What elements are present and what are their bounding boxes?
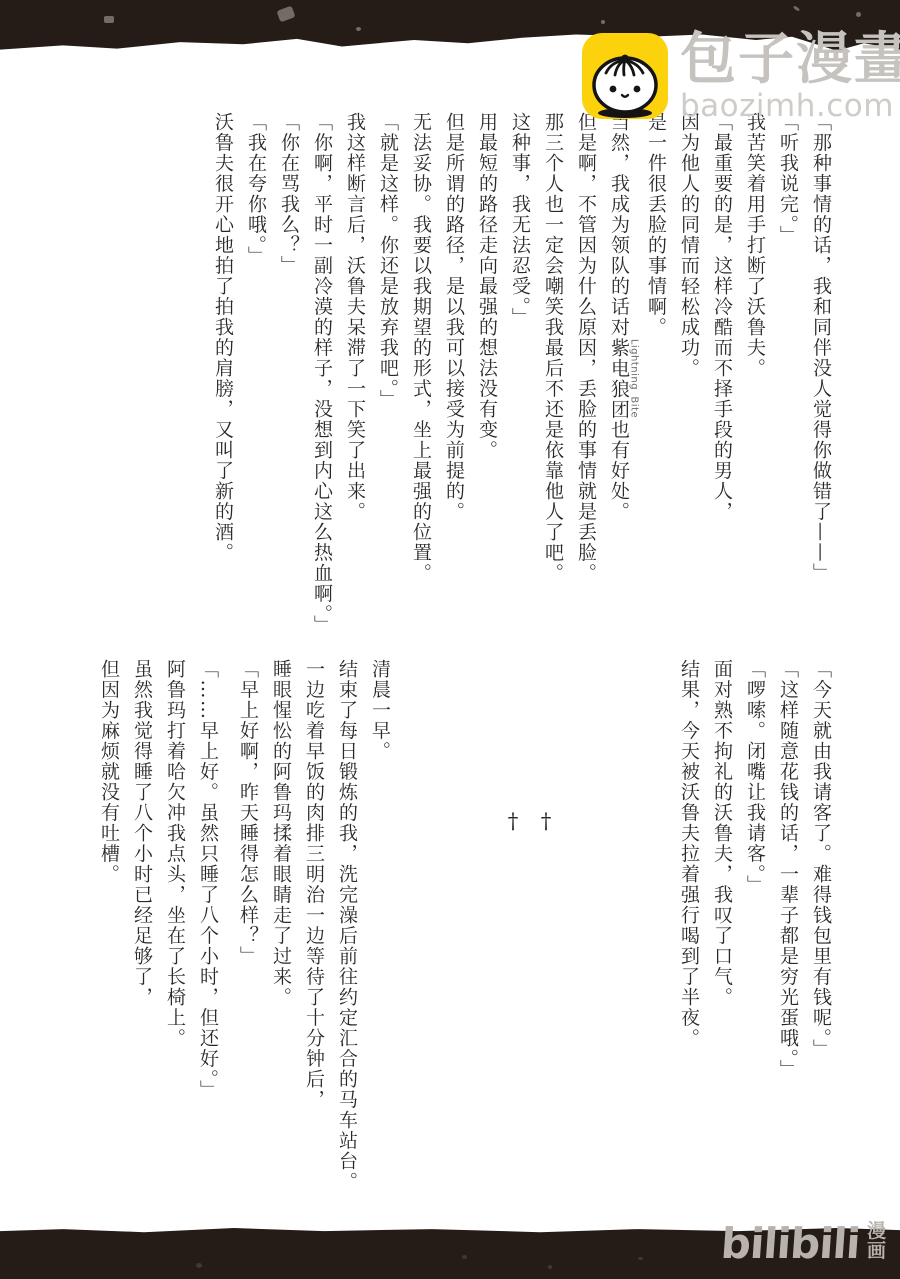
text-column: 当然，我成为领队的话对紫电狼团Lightning Bite也有好处。 <box>602 112 639 660</box>
manga-label: 漫 画 <box>867 1221 886 1261</box>
text-column: 但是所谓的路径，是以我可以接受为前提的。 <box>437 112 470 660</box>
text-column: 一边吃着早饭的肉排三明治一边等待了十分钟后， <box>297 659 330 1227</box>
lower-text-block: 「今天就由我请客了。难得钱包里有钱呢。」「这样随意花钱的话，一辈子都是穷光蛋哦。… <box>92 659 837 1227</box>
scene-break-dagger: † <box>496 659 529 1227</box>
paper-speck <box>104 16 114 23</box>
text-column: 「早上好啊，昨天睡得怎么样？」 <box>231 659 264 1227</box>
text-column: 用最短的路径走向最强的想法没有变。 <box>470 112 503 660</box>
text-column: 但因为麻烦就没有吐槽。 <box>92 659 125 1227</box>
text-column: 因为他人的同情而轻松成功。 <box>672 112 705 660</box>
paper-speck <box>276 6 295 23</box>
paper-speck <box>196 1263 202 1268</box>
text-column: 无法妥协。我要以我期望的形式，坐上最强的位置。 <box>404 112 437 660</box>
text-column: 虽然我觉得睡了八个小时已经足够了， <box>125 659 158 1227</box>
upper-text-block: 「那种事情的话，我和同伴没人觉得你做错了——」「听我说完。」我苦笑着用手打断了沃… <box>206 112 837 660</box>
scene-break-dagger: † <box>529 659 562 1227</box>
text-column: 「……早上好。虽然只睡了八个小时，但还好。」 <box>191 659 224 1227</box>
text-column: 「那种事情的话，我和同伴没人觉得你做错了——」 <box>804 112 837 660</box>
ruby-annotation: Lightning Bite <box>629 338 640 420</box>
text-column: 面对熟不拘礼的沃鲁夫，我叹了口气。 <box>705 659 738 1227</box>
text-column: 但是啊，不管因为什么原因，丢脸的事情就是丢脸。 <box>569 112 602 660</box>
text-column: 清晨一早。 <box>363 659 396 1227</box>
bilibili-manga-logo: bilibili 漫 画 <box>721 1221 886 1263</box>
baozi-bun-icon <box>582 33 668 119</box>
text-column: 是一件很丢脸的事情啊。 <box>639 112 672 660</box>
manga-label-top: 漫 <box>867 1221 886 1241</box>
text-column: 「我在夸你哦。」 <box>239 112 272 660</box>
text-column: 阿鲁玛打着哈欠冲我点头，坐在了长椅上。 <box>158 659 191 1227</box>
text-column: 「今天就由我请客了。难得钱包里有钱呢。」 <box>804 659 837 1227</box>
text-column: 沃鲁夫很开心地拍了拍我的肩膀，又叫了新的酒。 <box>206 112 239 660</box>
paper-speck <box>601 20 605 24</box>
paper-speck <box>462 1255 467 1259</box>
text-column: 「听我说完。」 <box>771 112 804 660</box>
watermark-text: 包子漫畫 baozimh.com <box>680 33 900 122</box>
bilibili-wordmark: bilibili <box>720 1225 861 1263</box>
text-column: 我苦笑着用手打断了沃鲁夫。 <box>738 112 771 660</box>
watermark-domain: baozimh.com <box>680 91 900 122</box>
paper-speck <box>793 5 800 11</box>
paper-speck <box>856 12 861 17</box>
text-column: 结果，今天被沃鲁夫拉着强行喝到了半夜。 <box>672 659 705 1227</box>
watermark-brand: 包子漫畫 <box>680 33 900 88</box>
text-column: 「你在骂我么？」 <box>272 112 305 660</box>
text-column: 「最重要的是，这样冷酷而不择手段的男人， <box>705 112 738 660</box>
text-column: 这种事，我无法忍受。」 <box>503 112 536 660</box>
ruby-term: 紫电狼团Lightning Bite <box>608 338 630 420</box>
text-column: 「这样随意花钱的话，一辈子都是穷光蛋哦。」 <box>771 659 804 1227</box>
paper-speck <box>638 1257 643 1260</box>
text-column: 「就是这样。你还是放弃我吧。」 <box>371 112 404 660</box>
text-column: 「你啊，平时一副冷漠的样子，没想到内心这么热血啊。」 <box>305 112 338 660</box>
text-column: 「啰嗦。闭嘴让我请客。」 <box>738 659 771 1227</box>
novel-page: { "watermark":{ "brand":"包子漫畫", "domain"… <box>0 0 900 1279</box>
text-column: 我这样断言后，沃鲁夫呆滞了一下笑了出来。 <box>338 112 371 660</box>
text-column: 结束了每日锻炼的我，洗完澡后前往约定汇合的马车站台。 <box>330 659 363 1227</box>
text-column: 睡眼惺忪的阿鲁玛揉着眼睛走了过来。 <box>264 659 297 1227</box>
manga-label-bottom: 画 <box>867 1241 886 1261</box>
baozi-watermark: 包子漫畫 baozimh.com <box>582 33 900 122</box>
text-column: 那三个人也一定会嘲笑我最后不还是依靠他人了吧。 <box>536 112 569 660</box>
paper-speck <box>548 1265 552 1269</box>
paper-speck <box>356 27 361 31</box>
